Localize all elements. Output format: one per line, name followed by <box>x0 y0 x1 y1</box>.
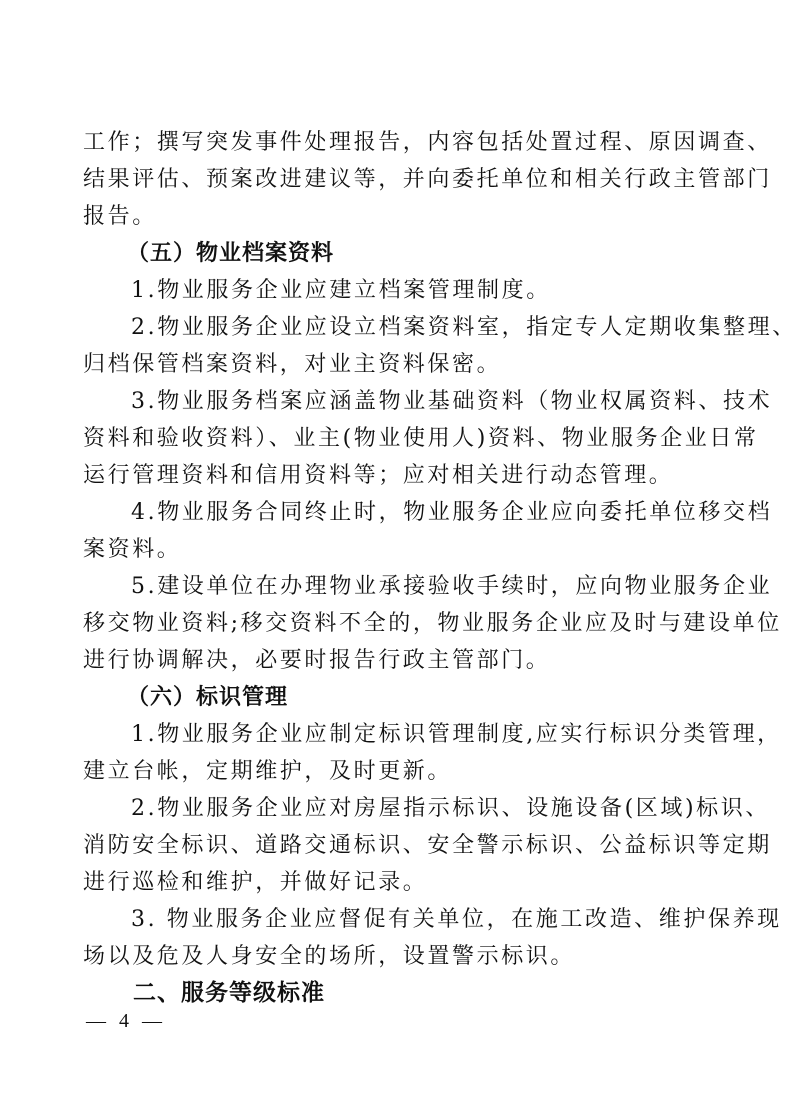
list-item-line: 4.物业服务合同终止时，物业服务企业应向委托单位移交档 <box>83 494 695 531</box>
list-item-line: 5.建设单位在办理物业承接验收手续时，应向物业服务企业 <box>83 568 695 605</box>
section-heading-archives: （五）物业档案资料 <box>83 235 695 272</box>
paragraph-line: 移交物业资料;移交资料不全的，物业服务企业应及时与建设单位 <box>83 605 695 642</box>
paragraph-line: 归档保管档案资料，对业主资料保密。 <box>83 346 695 383</box>
paragraph-line: 报告。 <box>83 198 695 235</box>
page-number: — 4 — <box>86 1010 166 1033</box>
paragraph-line: 工作；撰写突发事件处理报告，内容包括处置过程、原因调查、 <box>83 124 695 161</box>
main-heading-service-levels: 二、服务等级标准 <box>83 975 695 1012</box>
document-page: 工作；撰写突发事件处理报告，内容包括处置过程、原因调查、 结果评估、预案改进建议… <box>83 124 695 1012</box>
list-item-line: 3. 物业服务企业应督促有关单位，在施工改造、维护保养现 <box>83 901 695 938</box>
paragraph-line: 消防安全标识、道路交通标识、安全警示标识、公益标识等定期 <box>83 827 695 864</box>
paragraph-line: 资料和验收资料）、业主(物业使用人)资料、物业服务企业日常 <box>83 420 695 457</box>
list-item-line: 2.物业服务企业应设立档案资料室，指定专人定期收集整理、 <box>83 309 695 346</box>
paragraph-line: 案资料。 <box>83 531 695 568</box>
paragraph-line: 结果评估、预案改进建议等，并向委托单位和相关行政主管部门 <box>83 161 695 198</box>
section-heading-signage: （六）标识管理 <box>83 679 695 716</box>
paragraph-line: 运行管理资料和信用资料等；应对相关进行动态管理。 <box>83 457 695 494</box>
paragraph-line: 场以及危及人身安全的场所，设置警示标识。 <box>83 938 695 975</box>
list-item-line: 2.物业服务企业应对房屋指示标识、设施设备(区域)标识、 <box>83 790 695 827</box>
paragraph-line: 进行协调解决，必要时报告行政主管部门。 <box>83 642 695 679</box>
list-item-line: 1.物业服务企业应制定标识管理制度,应实行标识分类管理， <box>83 716 695 753</box>
list-item-line: 3.物业服务档案应涵盖物业基础资料（物业权属资料、技术 <box>83 383 695 420</box>
list-item-line: 1.物业服务企业应建立档案管理制度。 <box>83 272 695 309</box>
paragraph-line: 建立台帐，定期维护，及时更新。 <box>83 753 695 790</box>
paragraph-line: 进行巡检和维护，并做好记录。 <box>83 864 695 901</box>
